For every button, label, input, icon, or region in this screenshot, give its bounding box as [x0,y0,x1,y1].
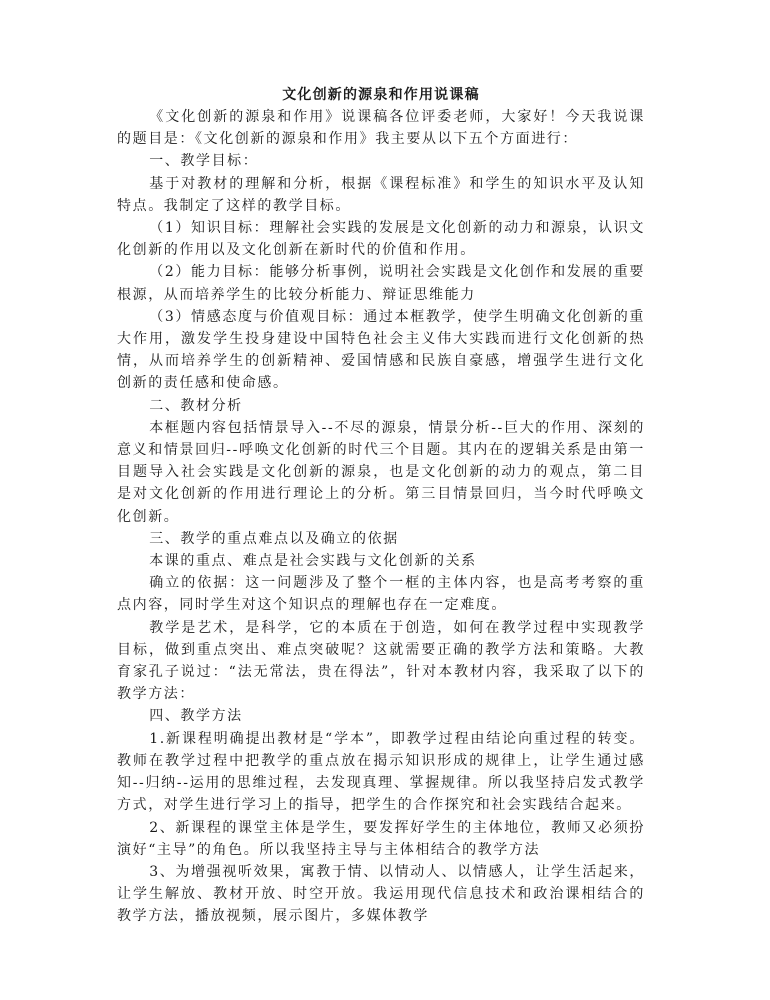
section-heading-material-analysis: 二、教材分析 [117,395,645,417]
material-analysis-paragraph: 本框题内容包括情景导入--不尽的源泉，情景分析--巨大的作用、深刻的意义和情景回… [117,417,645,528]
ability-goal-paragraph: （2）能力目标：能够分析事例，说明社会实践是文化创作和发展的重要根源，从而培养学… [117,261,645,305]
teaching-art-paragraph: 教学是艺术，是科学，它的本质在于创造，如何在教学过程中实现教学目标，做到重点突出… [117,617,645,706]
emotion-goal-paragraph: （3）情感态度与价值观目标：通过本框教学，使学生明确文化创新的重大作用，激发学生… [117,306,645,395]
key-points-paragraph: 本课的重点、难点是社会实践与文化创新的关系 [117,550,645,572]
key-points-basis-paragraph: 确立的依据：这一问题涉及了整个一框的主体内容，也是高考考察的重点内容，同时学生对… [117,572,645,616]
section-heading-key-points: 三、教学的重点难点以及确立的依据 [117,528,645,550]
method-1-paragraph: 1.新课程明确提出教材是“学本”，即教学过程由结论向重过程的转变。教师在教学过程… [117,728,645,817]
section-heading-teaching-methods: 四、教学方法 [117,705,645,727]
document-title: 文化创新的源泉和作用说课稿 [117,84,645,106]
goals-basis-paragraph: 基于对教材的理解和分析，根据《课程标准》和学生的知识水平及认知特点。我制定了这样… [117,173,645,217]
section-heading-teaching-goals: 一、教学目标： [117,150,645,172]
document-page: 文化创新的源泉和作用说课稿 《文化创新的源泉和作用》说课稿各位评委老师，大家好！… [117,84,645,928]
knowledge-goal-paragraph: （1）知识目标：理解社会实践的发展是文化创新的动力和源泉，认识文化创新的作用以及… [117,217,645,261]
method-3-paragraph: 3、为增强视听效果，寓教于情、以情动人、以情感人，让学生活起来，让学生解放、教材… [117,861,645,928]
method-2-paragraph: 2、新课程的课堂主体是学生，要发挥好学生的主体地位，教师又必须扮演好“主导”的角… [117,817,645,861]
intro-paragraph: 《文化创新的源泉和作用》说课稿各位评委老师，大家好！今天我说课的题目是：《文化创… [117,106,645,150]
